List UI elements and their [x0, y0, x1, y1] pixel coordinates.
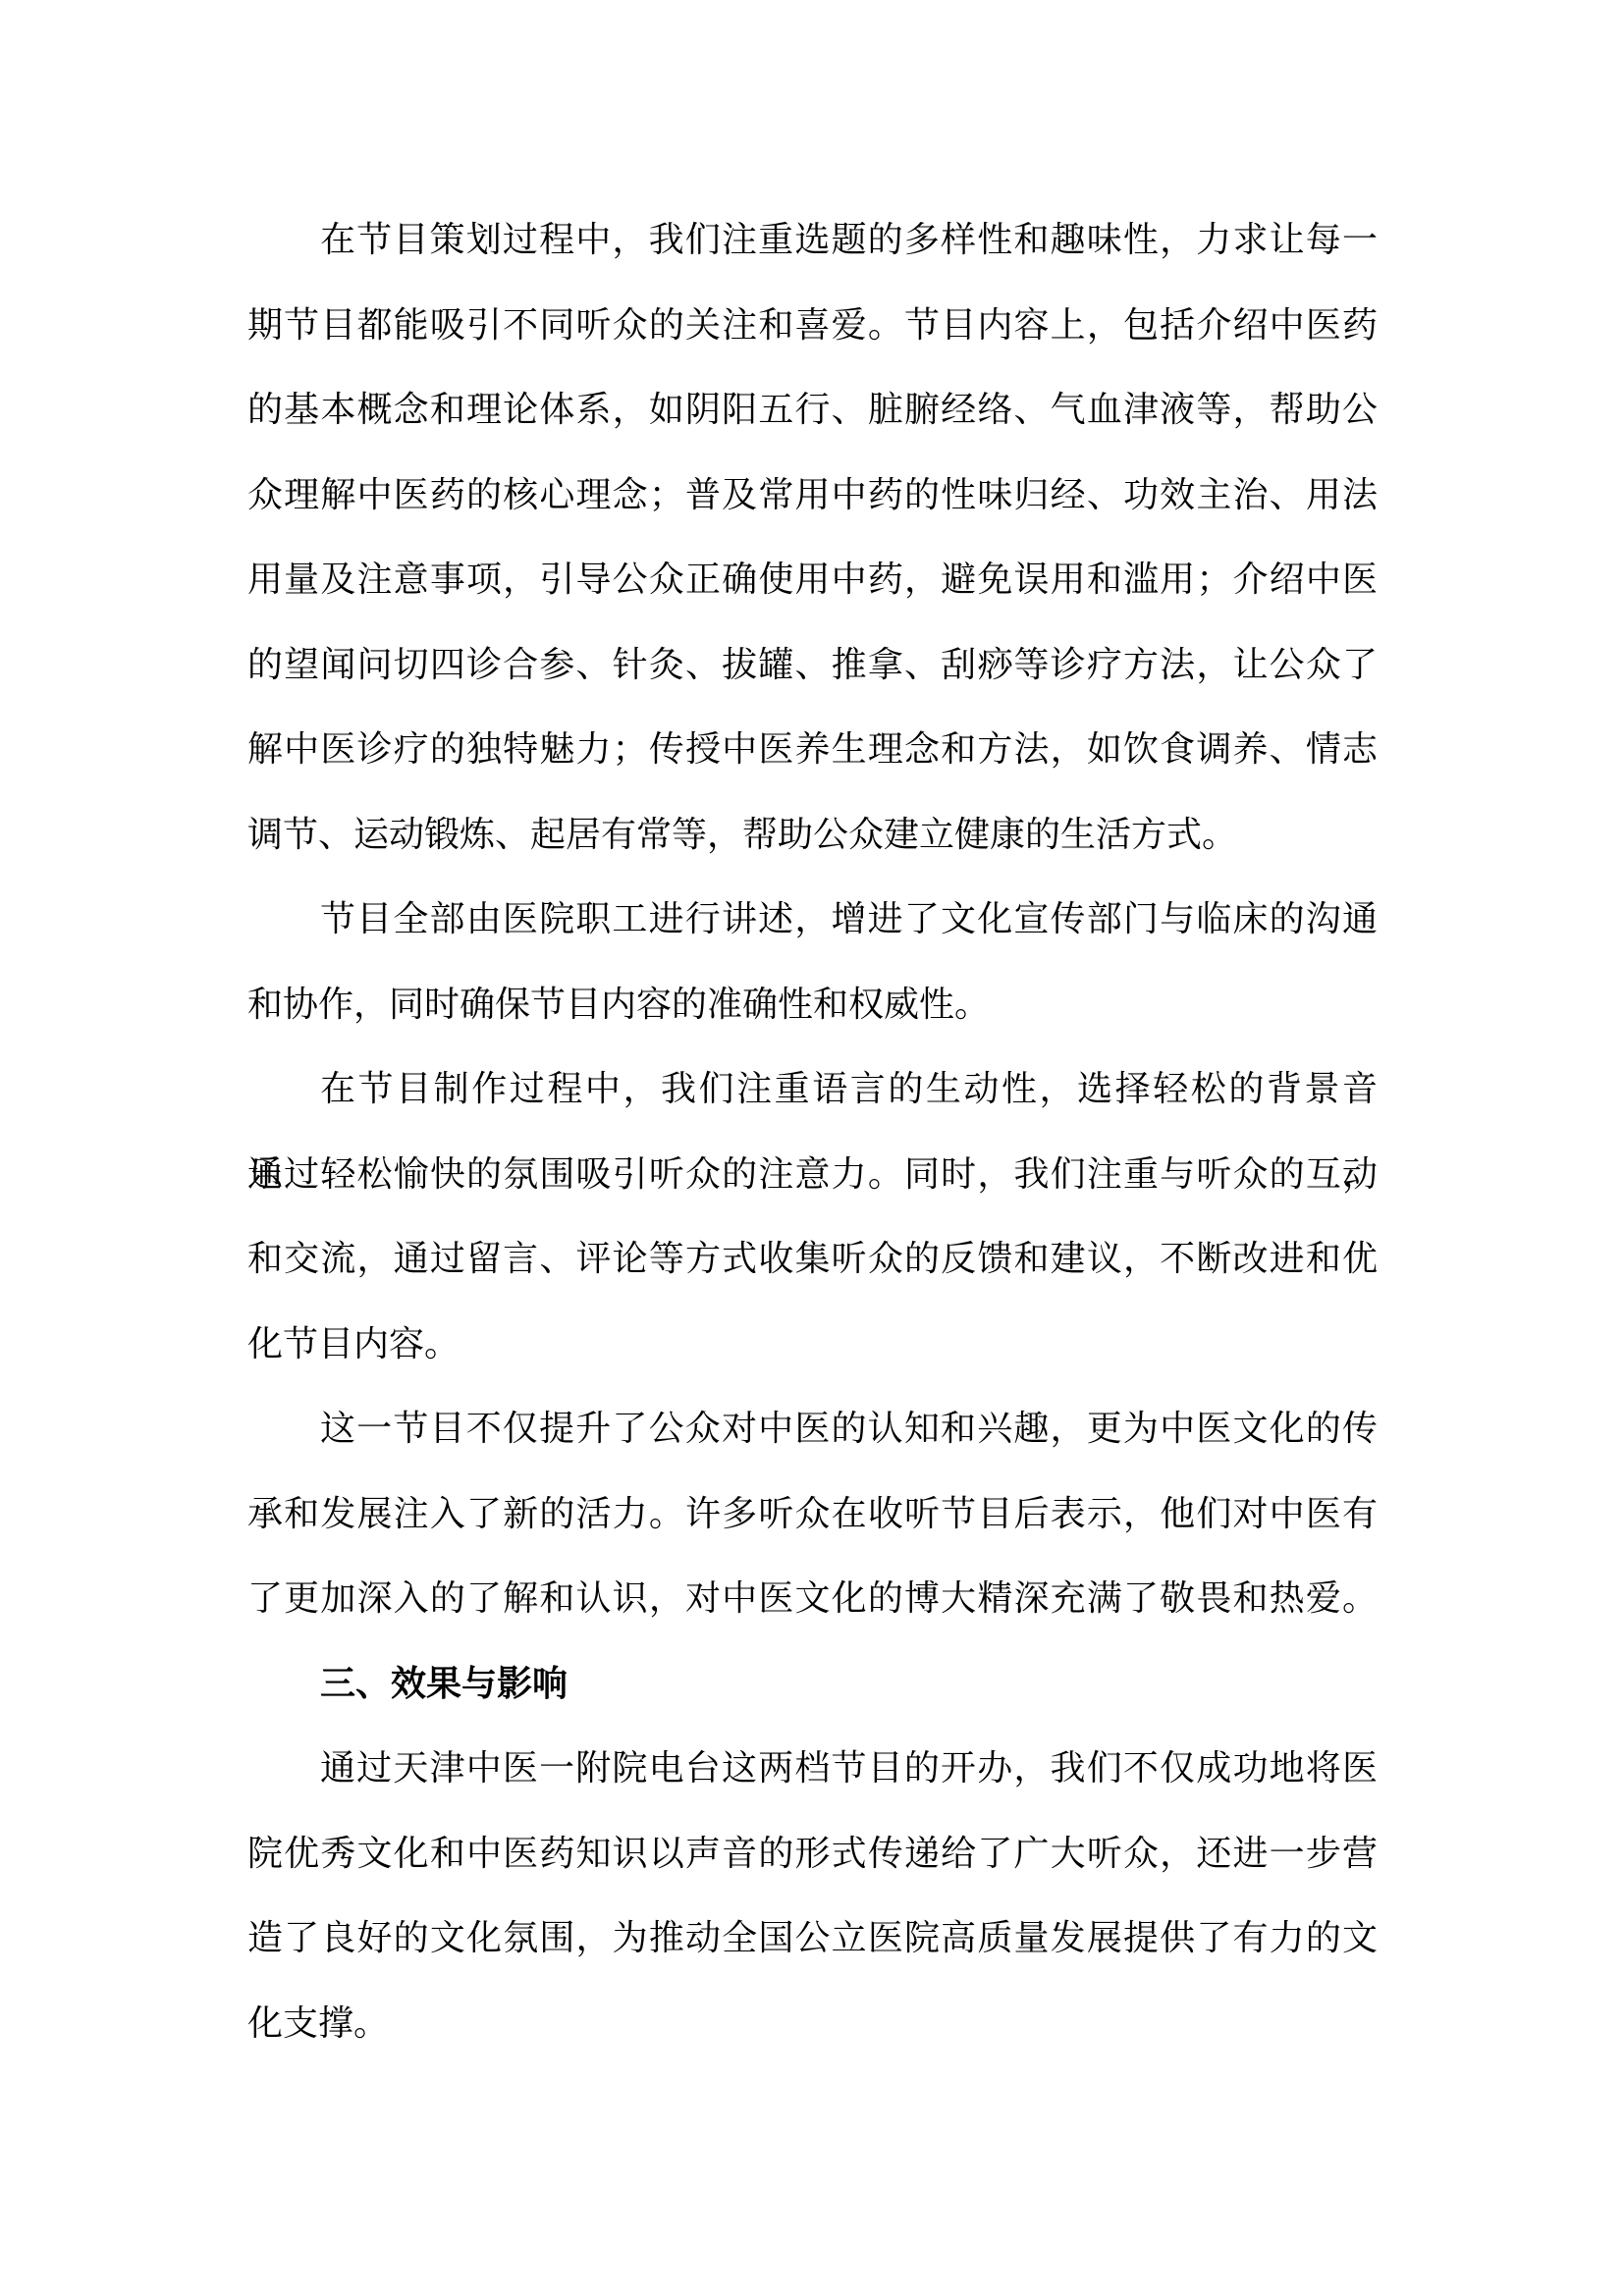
text-line: 节目全部由医院职工进行讲述，增进了文化宣传部门与临床的沟通: [247, 877, 1378, 962]
text-line: 的望闻问切四诊合参、针灸、拔罐、推拿、刮痧等诊疗方法，让公众了: [247, 622, 1378, 708]
text-line: 在节目策划过程中，我们注重选题的多样性和趣味性，力求让每一: [247, 197, 1378, 283]
text-line: 和协作，同时确保节目内容的准确性和权威性。: [247, 962, 1378, 1047]
text-line: 在节目制作过程中，我们注重语言的生动性，选择轻松的背景音乐，: [247, 1046, 1378, 1132]
text-line: 承和发展注入了新的活力。许多听众在收听节目后表示，他们对中医有: [247, 1471, 1378, 1557]
text-line: 调节、运动锻炼、起居有常等，帮助公众建立健康的生活方式。: [247, 792, 1378, 878]
text-line: 化支撑。: [247, 1981, 1378, 2066]
text-line: 了更加深入的了解和认识，对中医文化的博大精深充满了敬畏和热爱。: [247, 1556, 1378, 1641]
text-line: 化节目内容。: [247, 1302, 1378, 1387]
text-line: 造了良好的文化氛围，为推动全国公立医院高质量发展提供了有力的文: [247, 1896, 1378, 1981]
text-line: 期节目都能吸引不同听众的关注和喜爱。节目内容上，包括介绍中医药: [247, 283, 1378, 368]
text-line: 的基本概念和理论体系，如阴阳五行、脏腑经络、气血津液等，帮助公: [247, 367, 1378, 453]
text-line: 院优秀文化和中医药知识以声音的形式传递给了广大听众，还进一步营: [247, 1811, 1378, 1896]
text-line: 通过天津中医一附院电台这两档节目的开办，我们不仅成功地将医: [247, 1726, 1378, 1811]
text-line: 解中医诊疗的独特魅力；传授中医养生理念和方法，如饮食调养、情志: [247, 707, 1378, 792]
section-heading: 三、效果与影响: [247, 1641, 1378, 1727]
document-page: 在节目策划过程中，我们注重选题的多样性和趣味性，力求让每一 期节目都能吸引不同听…: [0, 0, 1624, 2296]
text-line: 通过轻松愉快的氛围吸引听众的注意力。同时，我们注重与听众的互动: [247, 1132, 1378, 1217]
paragraph-staff-narration: 节目全部由医院职工进行讲述，增进了文化宣传部门与临床的沟通 和协作，同时确保节目…: [247, 877, 1378, 1046]
text-line: 用量及注意事项，引导公众正确使用中药，避免误用和滥用；介绍中医: [247, 537, 1378, 622]
paragraph-conclusion: 通过天津中医一附院电台这两档节目的开办，我们不仅成功地将医 院优秀文化和中医药知…: [247, 1726, 1378, 2065]
text-line: 众理解中医药的核心理念；普及常用中药的性味归经、功效主治、用法: [247, 453, 1378, 538]
text-line: 这一节目不仅提升了公众对中医的认知和兴趣，更为中医文化的传: [247, 1386, 1378, 1471]
paragraph-program-production: 在节目制作过程中，我们注重语言的生动性，选择轻松的背景音乐， 通过轻松愉快的氛围…: [247, 1046, 1378, 1386]
document-content: 在节目策划过程中，我们注重选题的多样性和趣味性，力求让每一 期节目都能吸引不同听…: [247, 197, 1378, 2065]
section-heading-effects: 三、效果与影响: [247, 1641, 1378, 1727]
paragraph-program-planning: 在节目策划过程中，我们注重选题的多样性和趣味性，力求让每一 期节目都能吸引不同听…: [247, 197, 1378, 877]
paragraph-program-impact: 这一节目不仅提升了公众对中医的认知和兴趣，更为中医文化的传 承和发展注入了新的活…: [247, 1386, 1378, 1641]
text-line: 和交流，通过留言、评论等方式收集听众的反馈和建议，不断改进和优: [247, 1216, 1378, 1302]
